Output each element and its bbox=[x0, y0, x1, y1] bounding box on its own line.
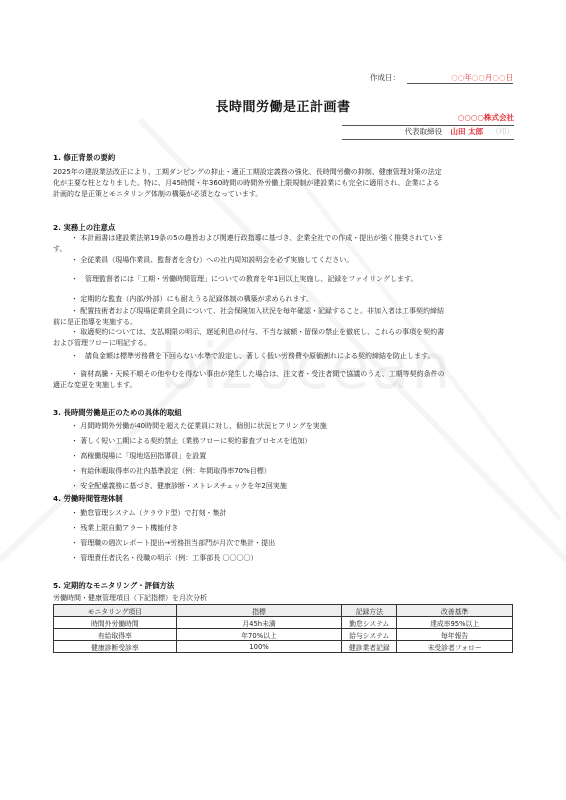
column-header: 改善基準 bbox=[397, 605, 513, 617]
section-2-item: ・ 資材高騰・天候不順その他やむを得ない事由が発生した場合は、注文者・受注者間で… bbox=[53, 369, 515, 391]
table-cell: 勤怠システム bbox=[342, 617, 397, 629]
table-cell: 時間外労働時間 bbox=[54, 617, 177, 629]
column-header: 指標 bbox=[176, 605, 342, 617]
table-row: 有給取得率 年70%以上 給与システム 毎年報告 bbox=[54, 629, 513, 641]
table-cell: 健診業者記録 bbox=[342, 641, 397, 653]
section-3-heading: 3. 長時間労働是正のための具体的取組 bbox=[53, 407, 182, 418]
table-cell: 達成率95%以上 bbox=[397, 617, 513, 629]
table-cell: 毎年報告 bbox=[397, 629, 513, 641]
section-4-item: ・ 勤怠管理システム（クラウド型）で打刻・集計 bbox=[71, 508, 227, 519]
table-cell: 100% bbox=[176, 641, 342, 653]
table-row: 健康診断受診率 100% 健診業者記録 未受診者フォロー bbox=[54, 641, 513, 653]
section-2-heading: 2. 実務上の注意点 bbox=[53, 222, 115, 233]
table-cell: 月45h未満 bbox=[176, 617, 342, 629]
section-3-item: ・ 安全配慮義務に基づき、健康診断・ストレスチェックを年2回実施 bbox=[71, 481, 287, 492]
section-2-item: ・ 配置技術者および現場従業員全員について、社会保険加入状況を毎年確認・記録する… bbox=[53, 306, 515, 328]
section-4-item: ・ 残業上限自動アラート機能付き bbox=[71, 523, 178, 534]
column-header: モニタリング項目 bbox=[54, 605, 177, 617]
section-4-item: ・ 管理職の週次レポート提出→労務担当部門が月次で集計・提出 bbox=[71, 538, 275, 549]
representative: 代表取締役 山田 太郎 （印） bbox=[342, 126, 514, 140]
section-4-heading: 4. 労働時間管理体制 bbox=[53, 493, 123, 504]
section-1-heading: 1. 修正背景の要約 bbox=[53, 152, 115, 163]
section-2-item: ・ 取適契約については、支払期限の明示、遅延利息の付与、不当な減額・留保の禁止を… bbox=[53, 327, 515, 349]
creation-date: 作成日： ○○年○○月○○日 bbox=[340, 70, 515, 84]
date-label: 作成日： bbox=[370, 72, 400, 83]
representative-name: 山田 太郎 bbox=[450, 127, 483, 136]
section-3-item: ・ 著しく短い工期による契約禁止（業務フローに契約審査プロセスを追加） bbox=[71, 436, 311, 447]
table-cell: 有給取得率 bbox=[54, 629, 177, 641]
section-3-item: ・ 高稼働現場に「現地巡回指導員」を設置 bbox=[71, 451, 206, 462]
section-2-item: ・ 本計画書は建設業法第19条の5の趣旨および関連行政指導に基づき、企業全社での… bbox=[53, 233, 515, 255]
column-header: 記録方法 bbox=[342, 605, 397, 617]
section-2-item: ・ 請負金額は標準労務費を下回らない水準で設定し、著しく低い労務費や原価割れによ… bbox=[71, 351, 434, 362]
section-3-item: ・ 月間時間外労働が40時間を超えた従業員に対し、個別に状況ヒアリングを実施 bbox=[71, 421, 327, 432]
section-4-item: ・ 管理責任者氏名・役職の明示（例：工事部長 〇〇〇〇） bbox=[71, 553, 257, 564]
company-name: ○○○○株式会社 bbox=[342, 112, 514, 126]
representative-role: 代表取締役 bbox=[405, 127, 443, 136]
section-2-item: ・ 定期的な監査（内部/外部）にも耐えうる記録体制の構築が求められます。 bbox=[71, 294, 313, 305]
table-cell: 給与システム bbox=[342, 629, 397, 641]
table-cell: 年70%以上 bbox=[176, 629, 342, 641]
section-5-intro: 労働時間・健康管理項目（下記指標）を月次分析 bbox=[53, 593, 207, 604]
section-2-item: ・ 管理監督者には「工期・労働時間管理」についての教育を年1回以上実施し、記録を… bbox=[71, 274, 417, 285]
table-row: 時間外労働時間 月45h未満 勤怠システム 達成率95%以上 bbox=[54, 617, 513, 629]
seal-mark: （印） bbox=[492, 127, 515, 136]
section-5-heading: 5. 定期的なモニタリング・評価方法 bbox=[53, 580, 174, 591]
table-cell: 未受診者フォロー bbox=[397, 641, 513, 653]
section-2-item: ・ 全従業員（現場作業員、監督者を含む）への社内周知説明会を必ず実施してください… bbox=[71, 255, 353, 266]
monitoring-table: モニタリング項目 指標 記録方法 改善基準 時間外労働時間 月45h未満 勤怠シ… bbox=[53, 604, 513, 653]
section-1-body: 2025年の建設業法改正により、工期ダンピングの抑止・適正工期設定義務の強化、長… bbox=[53, 167, 515, 200]
date-value: ○○年○○月○○日 bbox=[407, 70, 513, 84]
table-header-row: モニタリング項目 指標 記録方法 改善基準 bbox=[54, 605, 513, 617]
table-cell: 健康診断受診率 bbox=[54, 641, 177, 653]
section-3-item: ・ 有給休暇取得率の社内基準設定（例：年間取得率70%目標） bbox=[71, 466, 271, 477]
